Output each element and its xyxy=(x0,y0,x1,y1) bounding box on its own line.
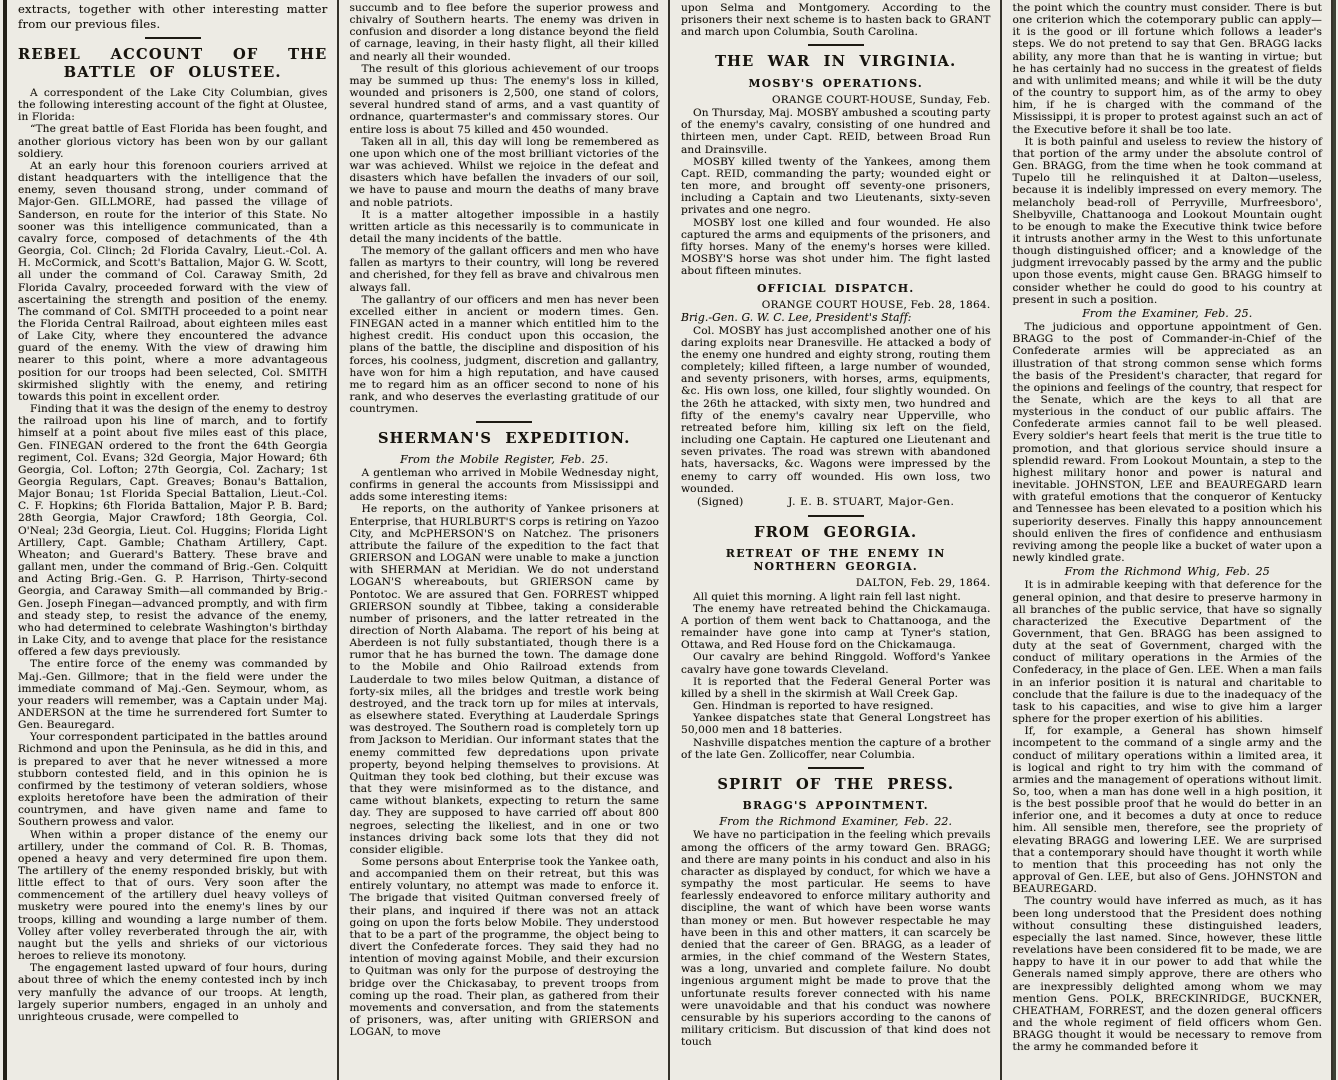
section-divider xyxy=(808,44,864,46)
dateline: DALTON, Feb. 29, 1864. xyxy=(681,577,991,589)
source-attribution: From the Richmond Whig, Feb. 25 xyxy=(1013,566,1323,578)
continuation-paragraph: the point which the country must conside… xyxy=(1013,2,1323,136)
signature-name: J. E. B. STUART, Major-Gen. xyxy=(788,496,954,508)
body-paragraph: The entire force of the enemy was comman… xyxy=(18,658,328,731)
body-paragraph: The judicious and opportune appointment … xyxy=(1013,321,1323,564)
dispatch-signature: (Signed)J. E. B. STUART, Major-Gen. xyxy=(681,495,991,509)
body-paragraph: The result of this glorious achievement … xyxy=(350,63,660,136)
body-paragraph: The memory of the gallant officers and m… xyxy=(350,245,660,294)
continuation-paragraph: upon Selma and Montgomery. According to … xyxy=(681,2,991,38)
body-paragraph: Yankee dispatches state that General Lon… xyxy=(681,712,991,736)
article-subhead: BRAGG'S APPOINTMENT. xyxy=(681,799,991,812)
body-paragraph: It is in admirable keeping with that def… xyxy=(1013,579,1323,725)
dispatch-address: Brig.-Gen. G. W. C. Lee, President's Sta… xyxy=(681,312,991,324)
newspaper-page: extracts, together with other interestin… xyxy=(0,0,1338,1080)
body-paragraph: All quiet this morning. A light rain fel… xyxy=(681,591,991,603)
body-paragraph: Col. MOSBY has just accomplished another… xyxy=(681,325,991,495)
body-paragraph: Taken all in all, this day will long be … xyxy=(350,136,660,209)
body-paragraph: It is a matter altogether impossible in … xyxy=(350,209,660,245)
body-paragraph: If, for example, a General has shown him… xyxy=(1013,725,1323,895)
body-paragraph: Gen. Hindman is reported to have resigne… xyxy=(681,700,991,712)
body-paragraph: We have no participation in the feeling … xyxy=(681,829,991,1048)
body-paragraph: It is reported that the Federal General … xyxy=(681,676,991,700)
body-paragraph: A correspondent of the Lake City Columbi… xyxy=(18,87,328,123)
source-attribution: From the Mobile Register, Feb. 25. xyxy=(350,454,660,466)
source-attribution: From the Examiner, Feb. 25. xyxy=(1013,308,1323,320)
body-paragraph: When within a proper distance of the ene… xyxy=(18,829,328,963)
body-paragraph: Some persons about Enterprise took the Y… xyxy=(350,856,660,1038)
continuation-paragraph: extracts, together with other interestin… xyxy=(18,2,328,31)
body-paragraph: MOSBY lost one killed and four wounded. … xyxy=(681,217,991,278)
article-headline: SHERMAN'S EXPEDITION. xyxy=(350,430,660,448)
body-paragraph: Nashville dispatches mention the capture… xyxy=(681,737,991,761)
body-paragraph: Your correspondent participated in the b… xyxy=(18,731,328,828)
newspaper-column-2: succumb and to flee before the superior … xyxy=(339,0,671,1080)
dateline: ORANGE COURT-HOUSE, Sunday, Feb. xyxy=(681,94,991,106)
body-paragraph: MOSBY killed twenty of the Yankees, amon… xyxy=(681,156,991,217)
section-divider xyxy=(145,37,201,39)
body-paragraph: It is both painful and useless to review… xyxy=(1013,136,1323,306)
article-headline: FROM GEORGIA. xyxy=(681,524,991,542)
body-paragraph: “The great battle of East Florida has be… xyxy=(18,123,328,159)
right-edge-rule xyxy=(1333,0,1336,1080)
body-paragraph: The gallantry of our officers and men ha… xyxy=(350,294,660,416)
body-paragraph: Our cavalry are behind Ringgold. Wofford… xyxy=(681,651,991,675)
body-paragraph: The country would have inferred as much,… xyxy=(1013,895,1323,1053)
body-paragraph: At an early hour this forenoon couriers … xyxy=(18,160,328,403)
body-paragraph: He reports, on the authority of Yankee p… xyxy=(350,503,660,856)
section-divider xyxy=(476,421,532,423)
article-subhead: OFFICIAL DISPATCH. xyxy=(681,282,991,295)
newspaper-column-3: upon Selma and Montgomery. According to … xyxy=(670,0,1002,1080)
article-subhead: MOSBY'S OPERATIONS. xyxy=(681,77,991,90)
continuation-paragraph: succumb and to flee before the superior … xyxy=(350,2,660,63)
article-headline: THE WAR IN VIRGINIA. xyxy=(681,53,991,71)
newspaper-column-1: extracts, together with other interestin… xyxy=(7,0,339,1080)
body-paragraph: The engagement lasted upward of four hou… xyxy=(18,962,328,1023)
body-paragraph: A gentleman who arrived in Mobile Wednes… xyxy=(350,467,660,503)
body-paragraph: Finding that it was the design of the en… xyxy=(18,403,328,658)
signed-label: (Signed) xyxy=(697,496,743,508)
newspaper-column-4: the point which the country must conside… xyxy=(1002,0,1334,1080)
section-divider xyxy=(808,515,864,517)
article-headline: REBEL ACCOUNT OF THE BATTLE OF OLUSTEE. xyxy=(18,46,328,81)
dateline: ORANGE COURT HOUSE, Feb. 28, 1864. xyxy=(681,299,991,311)
article-headline: SPIRIT OF THE PRESS. xyxy=(681,776,991,794)
article-subhead: RETREAT OF THE ENEMY IN NORTHERN GEORGIA… xyxy=(681,547,991,573)
source-attribution: From the Richmond Examiner, Feb. 22. xyxy=(681,816,991,828)
body-paragraph: On Thursday, Maj. MOSBY ambushed a scout… xyxy=(681,107,991,156)
body-paragraph: The enemy have retreated behind the Chic… xyxy=(681,603,991,652)
section-divider xyxy=(808,767,864,769)
